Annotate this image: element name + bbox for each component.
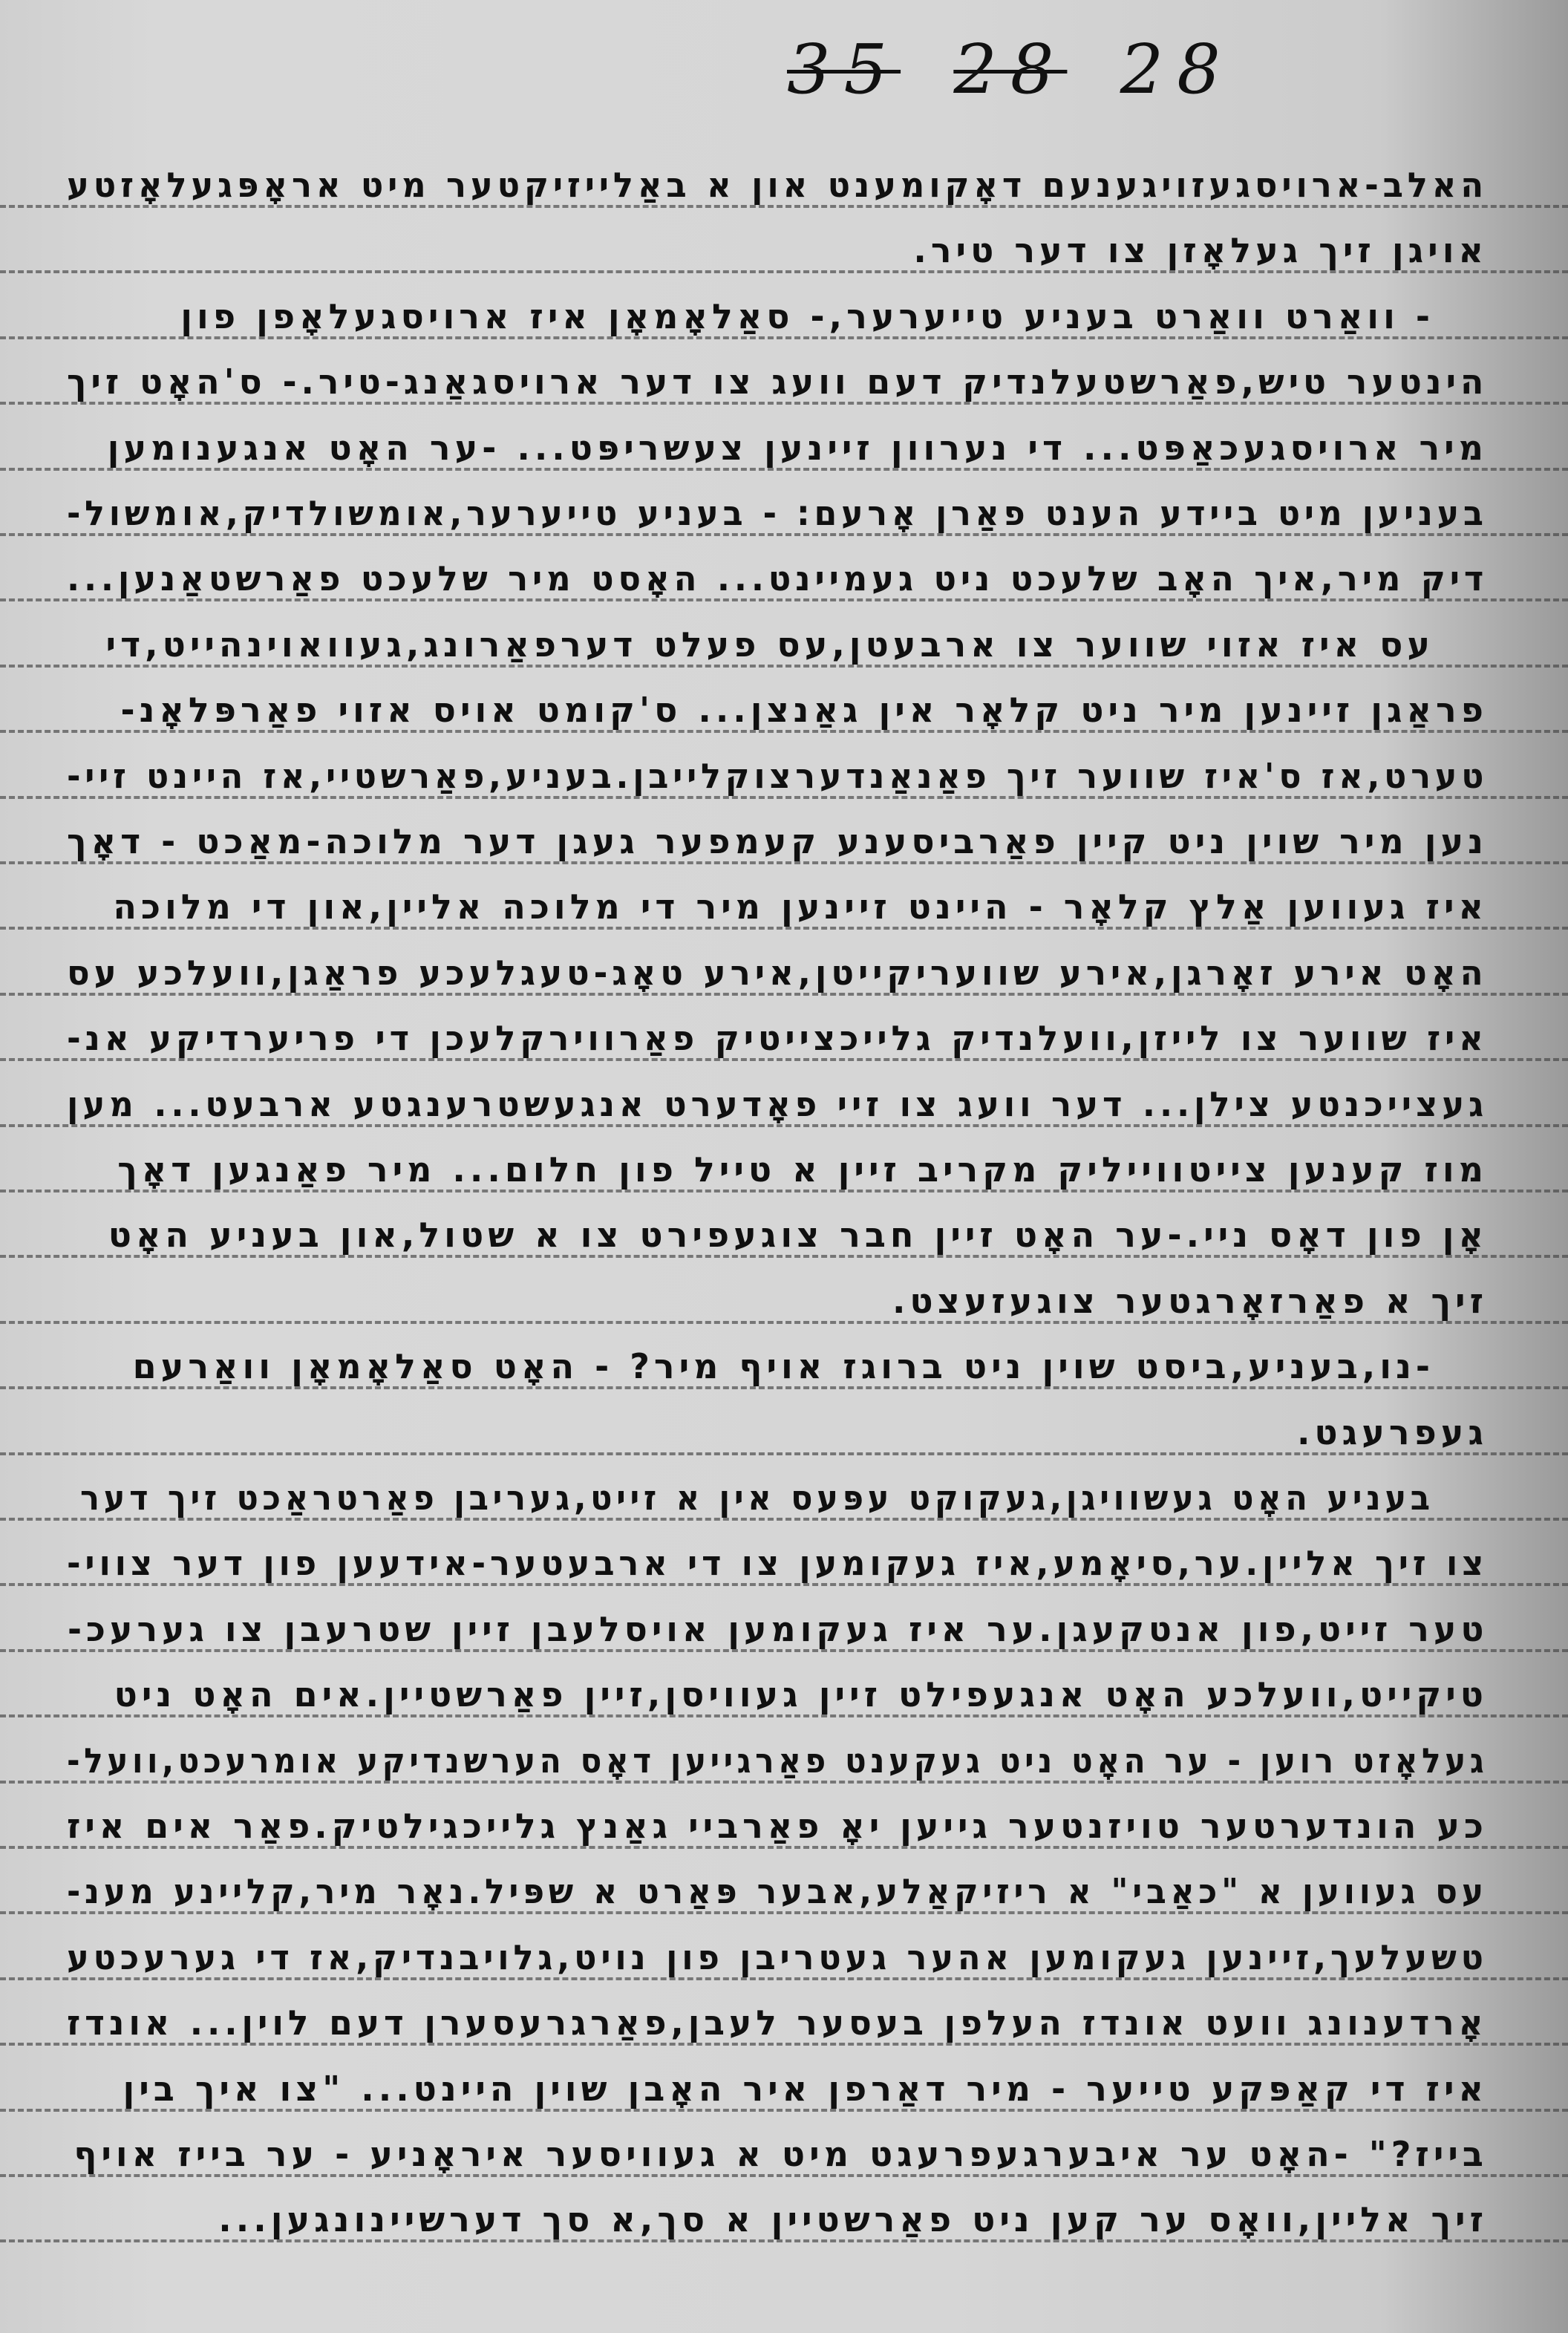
- typed-line: טשעלעך,זיינען געקומען אהער געטריבן פון נ…: [67, 1937, 1488, 1977]
- struck-page-number: 35: [787, 30, 901, 109]
- typed-line: נען מיר שוין ניט קיין פאַרביסענע קעמפער …: [67, 821, 1488, 861]
- ruled-line: [0, 1124, 1568, 1127]
- typed-line: פראַגן זיינען מיר ניט קלאָר אין גאַנצן..…: [120, 690, 1488, 730]
- ruled-line: [0, 336, 1568, 339]
- ruled-line: [0, 1518, 1568, 1521]
- typed-line: בעניען מיט ביידע הענט פאַרן אָרעם: - בענ…: [67, 493, 1488, 533]
- ruled-line: [0, 796, 1568, 799]
- ruled-line: [0, 1452, 1568, 1455]
- ruled-line: [0, 2109, 1568, 2112]
- typed-line: טערט,אז ס'איז שווער זיך פאַנאַנדערצוקליי…: [67, 756, 1488, 796]
- ruled-line: [0, 2043, 1568, 2046]
- typed-line: איז די קאַפּקע טייער - מיר דאַרפן איר הא…: [122, 2069, 1488, 2109]
- ruled-line: [0, 1649, 1568, 1652]
- ruled-line: [0, 861, 1568, 864]
- typed-line: צו זיך אליין.ער,סיאָמע,איז געקומען צו די…: [67, 1543, 1488, 1583]
- ruled-line: [0, 1255, 1568, 1258]
- typed-line: כע הונדערטער טויזנטער גייען יאָ פאַרביי …: [67, 1806, 1488, 1846]
- ruled-line: [0, 533, 1568, 536]
- typed-line: הינטער טיש,פאַרשטעלנדיק דעם וועג צו דער …: [67, 362, 1488, 402]
- ruled-line: [0, 205, 1568, 208]
- typed-line: עס איז אזוי שווער צו ארבעטן,עס פעלט דערפ…: [106, 624, 1434, 665]
- ruled-line: [0, 1714, 1568, 1717]
- typed-line: געצייכנטע צילן... דער וועג צו זיי פאָדער…: [67, 1084, 1488, 1124]
- typed-line: האָט אירע זאָרגן,אירע שוועריקייטן,אירע ט…: [67, 953, 1488, 993]
- ruled-line: [0, 1386, 1568, 1389]
- ruled-line: [0, 2239, 1568, 2242]
- ruled-line: [0, 1058, 1568, 1061]
- typed-line: -נו,בעניע,ביסט שוין ניט ברוגז אויף מיר? …: [133, 1346, 1434, 1386]
- ruled-line: [0, 270, 1568, 273]
- typed-line: געלאָזט רוען - ער האָט ניט געקענט פאַרגי…: [67, 1740, 1488, 1781]
- typed-line: אָן פון דאָס ניי.-ער האָט זיין חבר צוגעפ…: [108, 1215, 1488, 1255]
- ruled-line: [0, 1781, 1568, 1784]
- typed-line: איז שווער צו לייזן,וועלנדיק גלייכצייטיק …: [67, 1018, 1488, 1058]
- typed-line: טיקייט,וועלכע האָט אנגעפילט זיין געוויסן…: [114, 1674, 1488, 1714]
- typed-line: עס געווען א "כאַבי" א ריזיקאַלע,אבער פּא…: [67, 1871, 1488, 1911]
- ruled-line: [0, 993, 1568, 996]
- typed-line: אויגן זיך געלאָזן צו דער טיר.: [913, 230, 1488, 270]
- typed-line: איז געווען אַלץ קלאָר - היינט זיינען מיר…: [113, 887, 1488, 927]
- page-number: 35 28 28: [787, 30, 1234, 109]
- typed-line: האלב-ארויסגעזויגענעם דאָקומענט און א באַ…: [67, 165, 1488, 205]
- typed-line: זיך אליין,וואָס ער קען ניט פאַרשטיין א ס…: [218, 2199, 1488, 2239]
- typed-line: דיק מיר,איך האָב שלעכט ניט געמיינט... הא…: [67, 558, 1488, 598]
- ruled-line: [0, 1846, 1568, 1849]
- typed-line: געפרעגט.: [1297, 1412, 1488, 1452]
- ruled-line: [0, 1583, 1568, 1586]
- typed-line: - וואַרט וואַרט בעניע טייערער,- סאַלאָמא…: [180, 296, 1434, 336]
- struck-page-number: 28: [953, 30, 1067, 109]
- ruled-line: [0, 1911, 1568, 1914]
- current-page-number: 28: [1120, 30, 1234, 109]
- ruled-line: [0, 927, 1568, 930]
- ruled-line: [0, 598, 1568, 601]
- typed-line: אָרדענונג וועט אונדז העלפן בעסער לעבן,פא…: [67, 2003, 1488, 2043]
- ruled-line: [0, 730, 1568, 733]
- ruled-line: [0, 2174, 1568, 2177]
- ruled-line: [0, 1190, 1568, 1192]
- typed-line: מיר ארויסגעכאַפּט... די נערוון זיינען צע…: [108, 428, 1488, 468]
- typed-line: זיך א פאַרזאָרגטער צוגעזעצט.: [892, 1281, 1488, 1321]
- typed-line: מוז קענען צייטווייליק מקריב זיין א טייל …: [117, 1149, 1488, 1190]
- ruled-line: [0, 402, 1568, 405]
- ruled-line: [0, 468, 1568, 471]
- typed-line: טער זייט,פון אנטקעגן.ער איז געקומען אויס…: [67, 1609, 1488, 1649]
- ruled-line: [0, 1977, 1568, 1980]
- typed-line: בייז?" -האָט ער איבערגעפרעגט מיט א געווי…: [73, 2134, 1488, 2174]
- typed-line: בעניע האָט געשוויגן,געקוקט עפּעס אין א ז…: [80, 1478, 1434, 1518]
- ruled-line: [0, 665, 1568, 668]
- ruled-line: [0, 1321, 1568, 1324]
